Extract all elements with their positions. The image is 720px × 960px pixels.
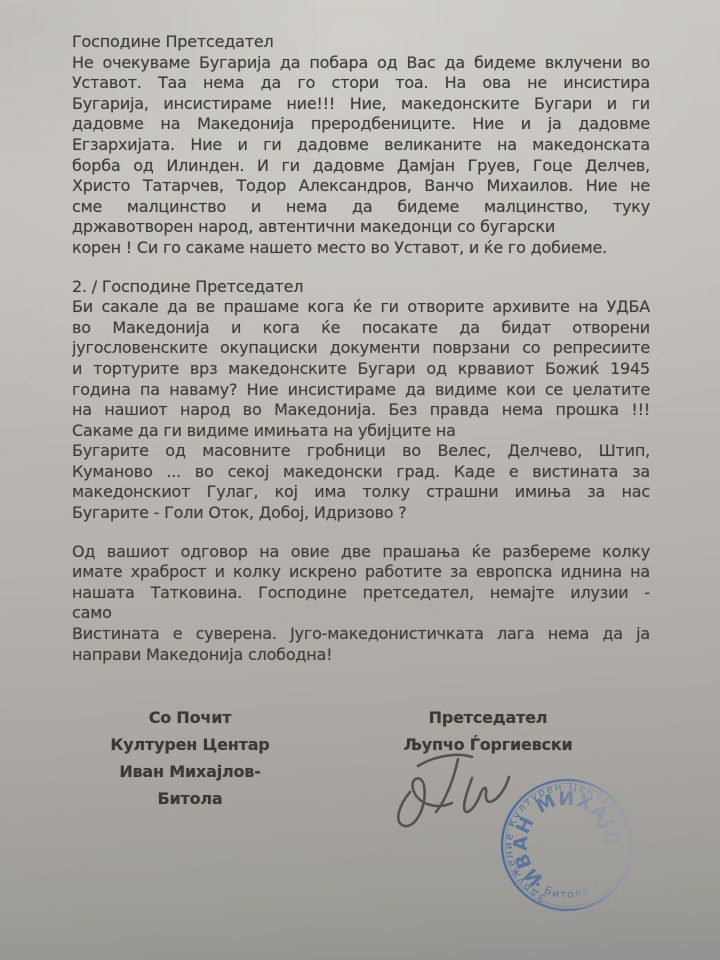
paragraph: Господине ПретседателНе очекуваме Бугари…	[72, 32, 650, 259]
closing-salutation: Со Почит	[90, 704, 290, 731]
text-line: државотворен народ, автентични македонци…	[72, 217, 650, 238]
closing-left-block: Со Почит Културен Центар Иван Михајлов-Б…	[90, 704, 290, 812]
text-line: Бугарите - Голи Оток, Добој, Идризово ?	[72, 503, 650, 524]
text-line: Куманово ... во секој македонски град. К…	[72, 462, 650, 483]
text-line: Би сакале да ве прашаме кога ќе ги отвор…	[72, 297, 650, 318]
text-line: Егзархијата. Ние и ги дадовме великаните…	[72, 135, 650, 156]
text-line: Господине Претседател	[72, 32, 650, 53]
text-line: корен ! Си го сакаме нашето место во Уст…	[72, 238, 650, 259]
paragraph: 2. / Господине ПретседателБи сакале да в…	[72, 277, 650, 524]
text-line: само	[72, 603, 650, 624]
circular-stamp: Здружение Културен Центар ИВАН МИХАЈЛОВ …	[470, 748, 666, 944]
text-line: имате храброст и колку искрено работите …	[72, 562, 650, 583]
text-line: Бугарија, инсистираме ние!!! Ние, македо…	[72, 94, 650, 115]
text-line: Уставот. Таа нема да го стори тоа. На ов…	[72, 73, 650, 94]
text-line: Сакаме да ги видиме имињата на убијците …	[72, 421, 650, 442]
text-line: сме малцинство и нема да бидеме малцинст…	[72, 197, 650, 218]
text-line: југословенските окупациски документи пов…	[72, 338, 650, 359]
text-line: борба од Илинден. И ги дадовме Дамјан Гр…	[72, 156, 650, 177]
text-line: дадовме на Македонија преродбениците. Ни…	[72, 114, 650, 135]
text-line: Не очекуваме Бугарија да побара од Вас д…	[72, 53, 650, 74]
text-line: македонскиот Гулаг, кој има толку страшн…	[72, 482, 650, 503]
closing-organization: Културен Центар	[90, 731, 290, 758]
stamp-center-text: ИВАН МИХАЈЛОВ	[470, 748, 625, 890]
text-line: Вистината е суверена. Југо-македонистичк…	[72, 624, 650, 645]
text-line: година па наваму? Ние инсистираме да вид…	[72, 380, 650, 401]
closing-organization-name: Иван Михајлов-Битола	[90, 758, 290, 812]
letter-body: Господине ПретседателНе очекуваме Бугари…	[72, 32, 650, 683]
letter-photo-page: Господине ПретседателНе очекуваме Бугари…	[0, 0, 720, 960]
svg-text:ИВАН МИХАЈЛОВ: ИВАН МИХАЈЛОВ	[470, 748, 625, 890]
text-line: и тортурите врз македонските Бугари од к…	[72, 359, 650, 380]
closing-title: Претседател	[397, 704, 579, 731]
text-line: 2. / Господине Претседател	[72, 277, 650, 298]
text-line: направи Македонија слободна!	[72, 645, 650, 666]
text-line: нашата Татковина. Господине претседател,…	[72, 583, 650, 604]
text-line: Бугарите од масовните гробници во Велес,…	[72, 441, 650, 462]
text-line: Христо Татарчев, Тодор Александров, Ванч…	[72, 176, 650, 197]
text-line: на нашиот народ во Македонија. Без правд…	[72, 400, 650, 421]
text-line: Од вашиот одговор на овие две прашања ќе…	[72, 542, 650, 563]
paragraph: Од вашиот одговор на овие две прашања ќе…	[72, 542, 650, 666]
text-line: во Македонија и кога ќе посакате да бида…	[72, 318, 650, 339]
